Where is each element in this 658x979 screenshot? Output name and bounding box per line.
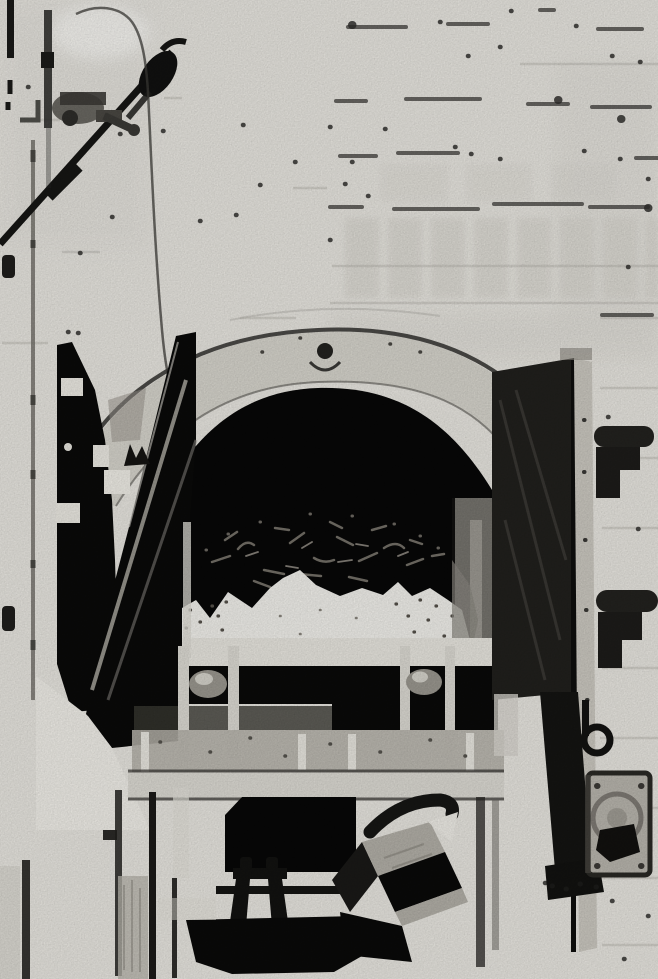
photograph	[0, 0, 658, 979]
film-grain-overlay	[0, 0, 658, 979]
photo-canvas	[0, 0, 658, 979]
